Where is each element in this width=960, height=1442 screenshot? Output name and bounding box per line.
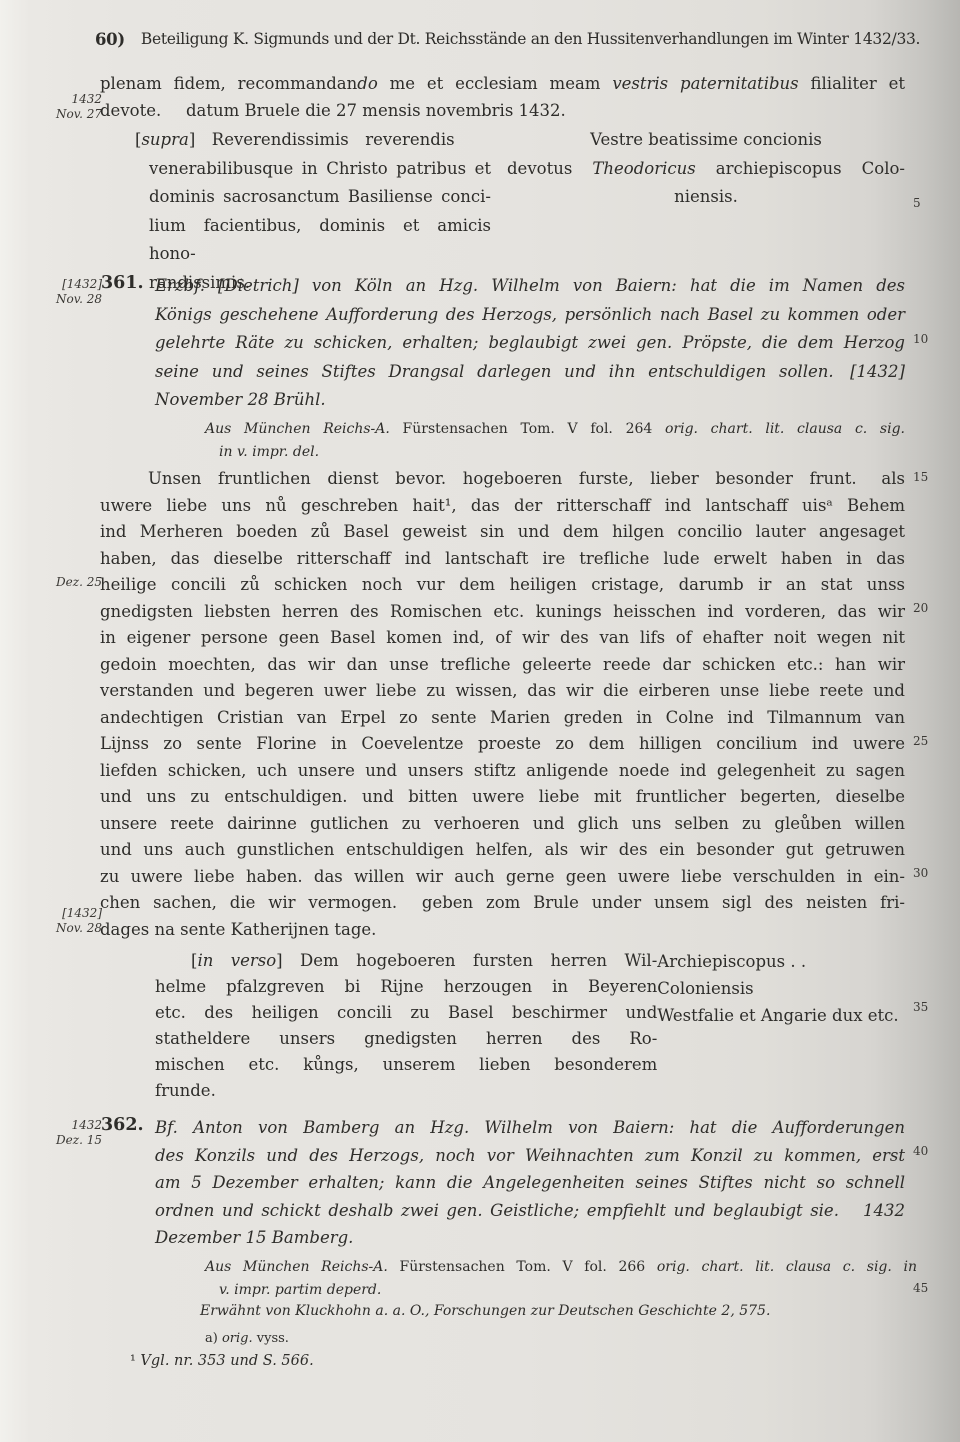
text-line: zu uwere liebe haben. das willen wir auc… [100,864,905,891]
text-line: Königs geschehene Aufforderung des Herzo… [155,301,905,330]
text-line: [1432] [40,277,102,292]
line-number: 20 [913,601,949,615]
text-line: Unsen fruntlichen dienst bevor. hogeboer… [100,466,905,493]
text-line: und uns zu entschuldigen. und bitten uwe… [100,784,905,811]
text-line: Nov. 27 [40,107,102,122]
entry-361-summary: Erzbf. [Dietrich] von Köln an Hzg. Wilhe… [155,272,905,415]
text-line: Dezember 15 Bamberg. [155,1224,905,1252]
line-number: 45 [913,1281,949,1295]
text-line: Aus München Reichs-A. Fürstensachen Tom.… [205,418,905,441]
margin-date-note: 1432Nov. 27 [40,92,102,122]
text-line: dages na sente Katherijnen tage. [100,917,905,944]
entry-361-source-note: Aus München Reichs-A. Fürstensachen Tom.… [205,418,905,464]
text-line: Bf. Anton von Bamberg an Hzg. Wilhelm vo… [155,1114,905,1142]
margin-date-note: Dez. 25 [40,575,102,590]
text-line: lium facientibus, dominis et amicis hono… [149,212,491,269]
margin-date-note: [1432]Nov. 28 [40,277,102,307]
text-line: November 28 Brühl. [155,386,905,415]
text-line: chen sachen, die wir vermogen. geben zom… [100,890,905,917]
text-line: uwere liebe uns nů geschreben hait¹, das… [100,493,905,520]
text-line: [in verso] Dem hogeboeren fursten herren… [155,948,657,974]
text-line: Westfalie et Angarie dux etc. [657,1002,905,1029]
text-line: niensis. [507,183,905,212]
line-number: 25 [913,734,949,748]
in-verso-left-column: [in verso] Dem hogeboeren fursten herren… [155,948,657,1104]
line-number: 15 [913,470,949,484]
text-line: haben, das dieselbe ritterschaff ind lan… [100,546,905,573]
text-line: des Konzils und des Herzogs, noch vor We… [155,1142,905,1170]
text-line: Dez. 15 [40,1133,102,1148]
entry-361-number: 361. [101,273,144,293]
text-line: devote. datum Bruele die 27 mensis novem… [100,97,905,124]
text-line: und uns auch gunstlichen entschuldigen h… [100,837,905,864]
text-line: in eigener persone geen Basel komen ind,… [100,625,905,652]
text-line: Aus München Reichs-A. Fürstensachen Tom.… [205,1256,917,1279]
letter-body-text: Unsen fruntlichen dienst bevor. hogeboer… [100,466,905,943]
text-line: statheldere unsers gnedigsten herren des… [155,1026,657,1052]
entry-362-source-note: Aus München Reichs-A. Fürstensachen Tom.… [205,1256,917,1302]
in-verso-address-block: [in verso] Dem hogeboeren fursten herren… [155,948,905,1104]
text-line: Nov. 28 [40,921,102,936]
text-line: Nov. 28 [40,292,102,307]
text-line: ind Merheren boeden zů Basel geweist sin… [100,519,905,546]
text-line: mischen etc. kůngs, unserem lieben beson… [155,1052,657,1078]
text-line: gelehrte Räte zu schicken, erhalten; beg… [155,329,905,358]
line-number: 5 [913,196,949,210]
text-line: v. impr. partim deperd. [219,1279,917,1302]
page-header: 60) Beteiligung K. Sigmunds und der Dt. … [95,30,935,49]
page-header-title: Beteiligung K. Sigmunds und der Dt. Reic… [141,30,920,49]
line-number: 35 [913,1000,949,1014]
text-line: [supra] Reverendissimis reverendis [135,126,491,155]
text-line: 1432 [40,1118,102,1133]
text-line: devotus Theodoricus archiepiscopus Colo- [507,155,905,184]
text-line: venerabilibusque in Christo patribus et [149,155,491,184]
text-line: etc. des heiligen concili zu Basel besch… [155,1000,657,1026]
entry-362-literature-note: Erwähnt von Kluckhohn a. a. O., Forschun… [200,1303,890,1319]
line-number: 40 [913,1144,949,1158]
text-line: liefden schicken, uch unsere und unsers … [100,758,905,785]
text-line: heilige concili zů schicken noch vur dem… [100,572,905,599]
text-line: Dez. 25 [40,575,102,590]
text-line: verstanden und begeren uwer liebe zu wis… [100,678,905,705]
text-line: Erzbf. [Dietrich] von Köln an Hzg. Wilhe… [155,272,905,301]
text-line: seine und seines Stiftes Drangsal darleg… [155,358,905,387]
text-line: 1432 [40,92,102,107]
margin-date-note: [1432]Nov. 28 [40,906,102,936]
in-verso-right-column: Archiepiscopus . . ColoniensisWestfalie … [657,948,905,1104]
text-line: frunde. [155,1078,657,1104]
footnote: ¹ Vgl. nr. 353 und S. 566. [130,1353,630,1369]
text-line: dominis sacrosanctum Basiliense conci- [149,183,491,212]
text-line: gedoin moechten, das wir dan unse trefli… [100,652,905,679]
text-line: andechtigen Cristian van Erpel zo sente … [100,705,905,732]
latin-closing-paragraph: plenam fidem, recommandando me et eccles… [100,70,905,124]
entry-362-summary: Bf. Anton von Bamberg an Hzg. Wilhelm vo… [155,1114,905,1252]
text-line: Vestre beatissime concionis [507,126,905,155]
text-line: plenam fidem, recommandando me et eccles… [100,70,905,97]
entry-362-number: 362. [101,1115,144,1135]
scanned-book-page: 60) Beteiligung K. Sigmunds und der Dt. … [0,0,960,1442]
page-header-number: 60) [95,30,125,49]
text-line: in v. impr. del. [219,441,905,464]
text-line: Lijnss zo sente Florine in Coevelentze p… [100,731,905,758]
line-number: 30 [913,866,949,880]
text-line: helme pfalzgreven bi Rijne herzougen in … [155,974,657,1000]
line-number: 10 [913,332,949,346]
text-line: [1432] [40,906,102,921]
text-line: unsere reete dairinne gutlichen zu verho… [100,811,905,838]
text-line: am 5 Dezember erhalten; kann die Angeleg… [155,1169,905,1197]
text-line: gnedigsten liebsten herren des Romischen… [100,599,905,626]
apparatus-note: a) orig. vyss. [205,1331,605,1346]
text-line: Archiepiscopus . . Coloniensis [657,948,905,1002]
text-line: ordnen und schickt deshalb zwei gen. Gei… [155,1197,905,1225]
margin-date-note: 1432Dez. 15 [40,1118,102,1148]
